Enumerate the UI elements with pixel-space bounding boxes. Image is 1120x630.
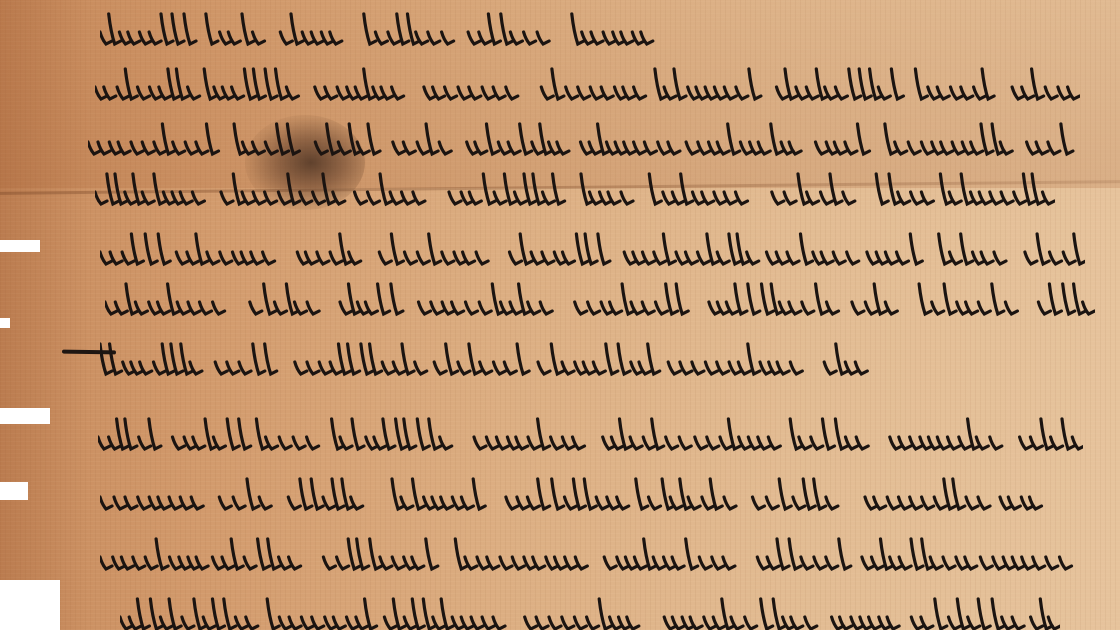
script-line (100, 10, 660, 50)
script-line (95, 65, 1080, 105)
script-line (100, 230, 1085, 270)
script-line (88, 120, 1078, 160)
script-line (100, 340, 870, 380)
torn-gap (0, 408, 50, 424)
script-line (98, 415, 1083, 455)
script-line (105, 280, 1095, 320)
torn-gap (0, 580, 60, 630)
script-line (100, 535, 1075, 575)
script-line (100, 475, 1050, 515)
torn-gap (0, 482, 28, 500)
papyrus-photo: Ancient papyrus fragment with handwritte… (0, 0, 1120, 630)
left-edge-shading (0, 0, 90, 630)
torn-gap (0, 318, 10, 328)
script-line (95, 170, 1055, 210)
script-line (120, 595, 1060, 630)
torn-gap (0, 240, 40, 252)
